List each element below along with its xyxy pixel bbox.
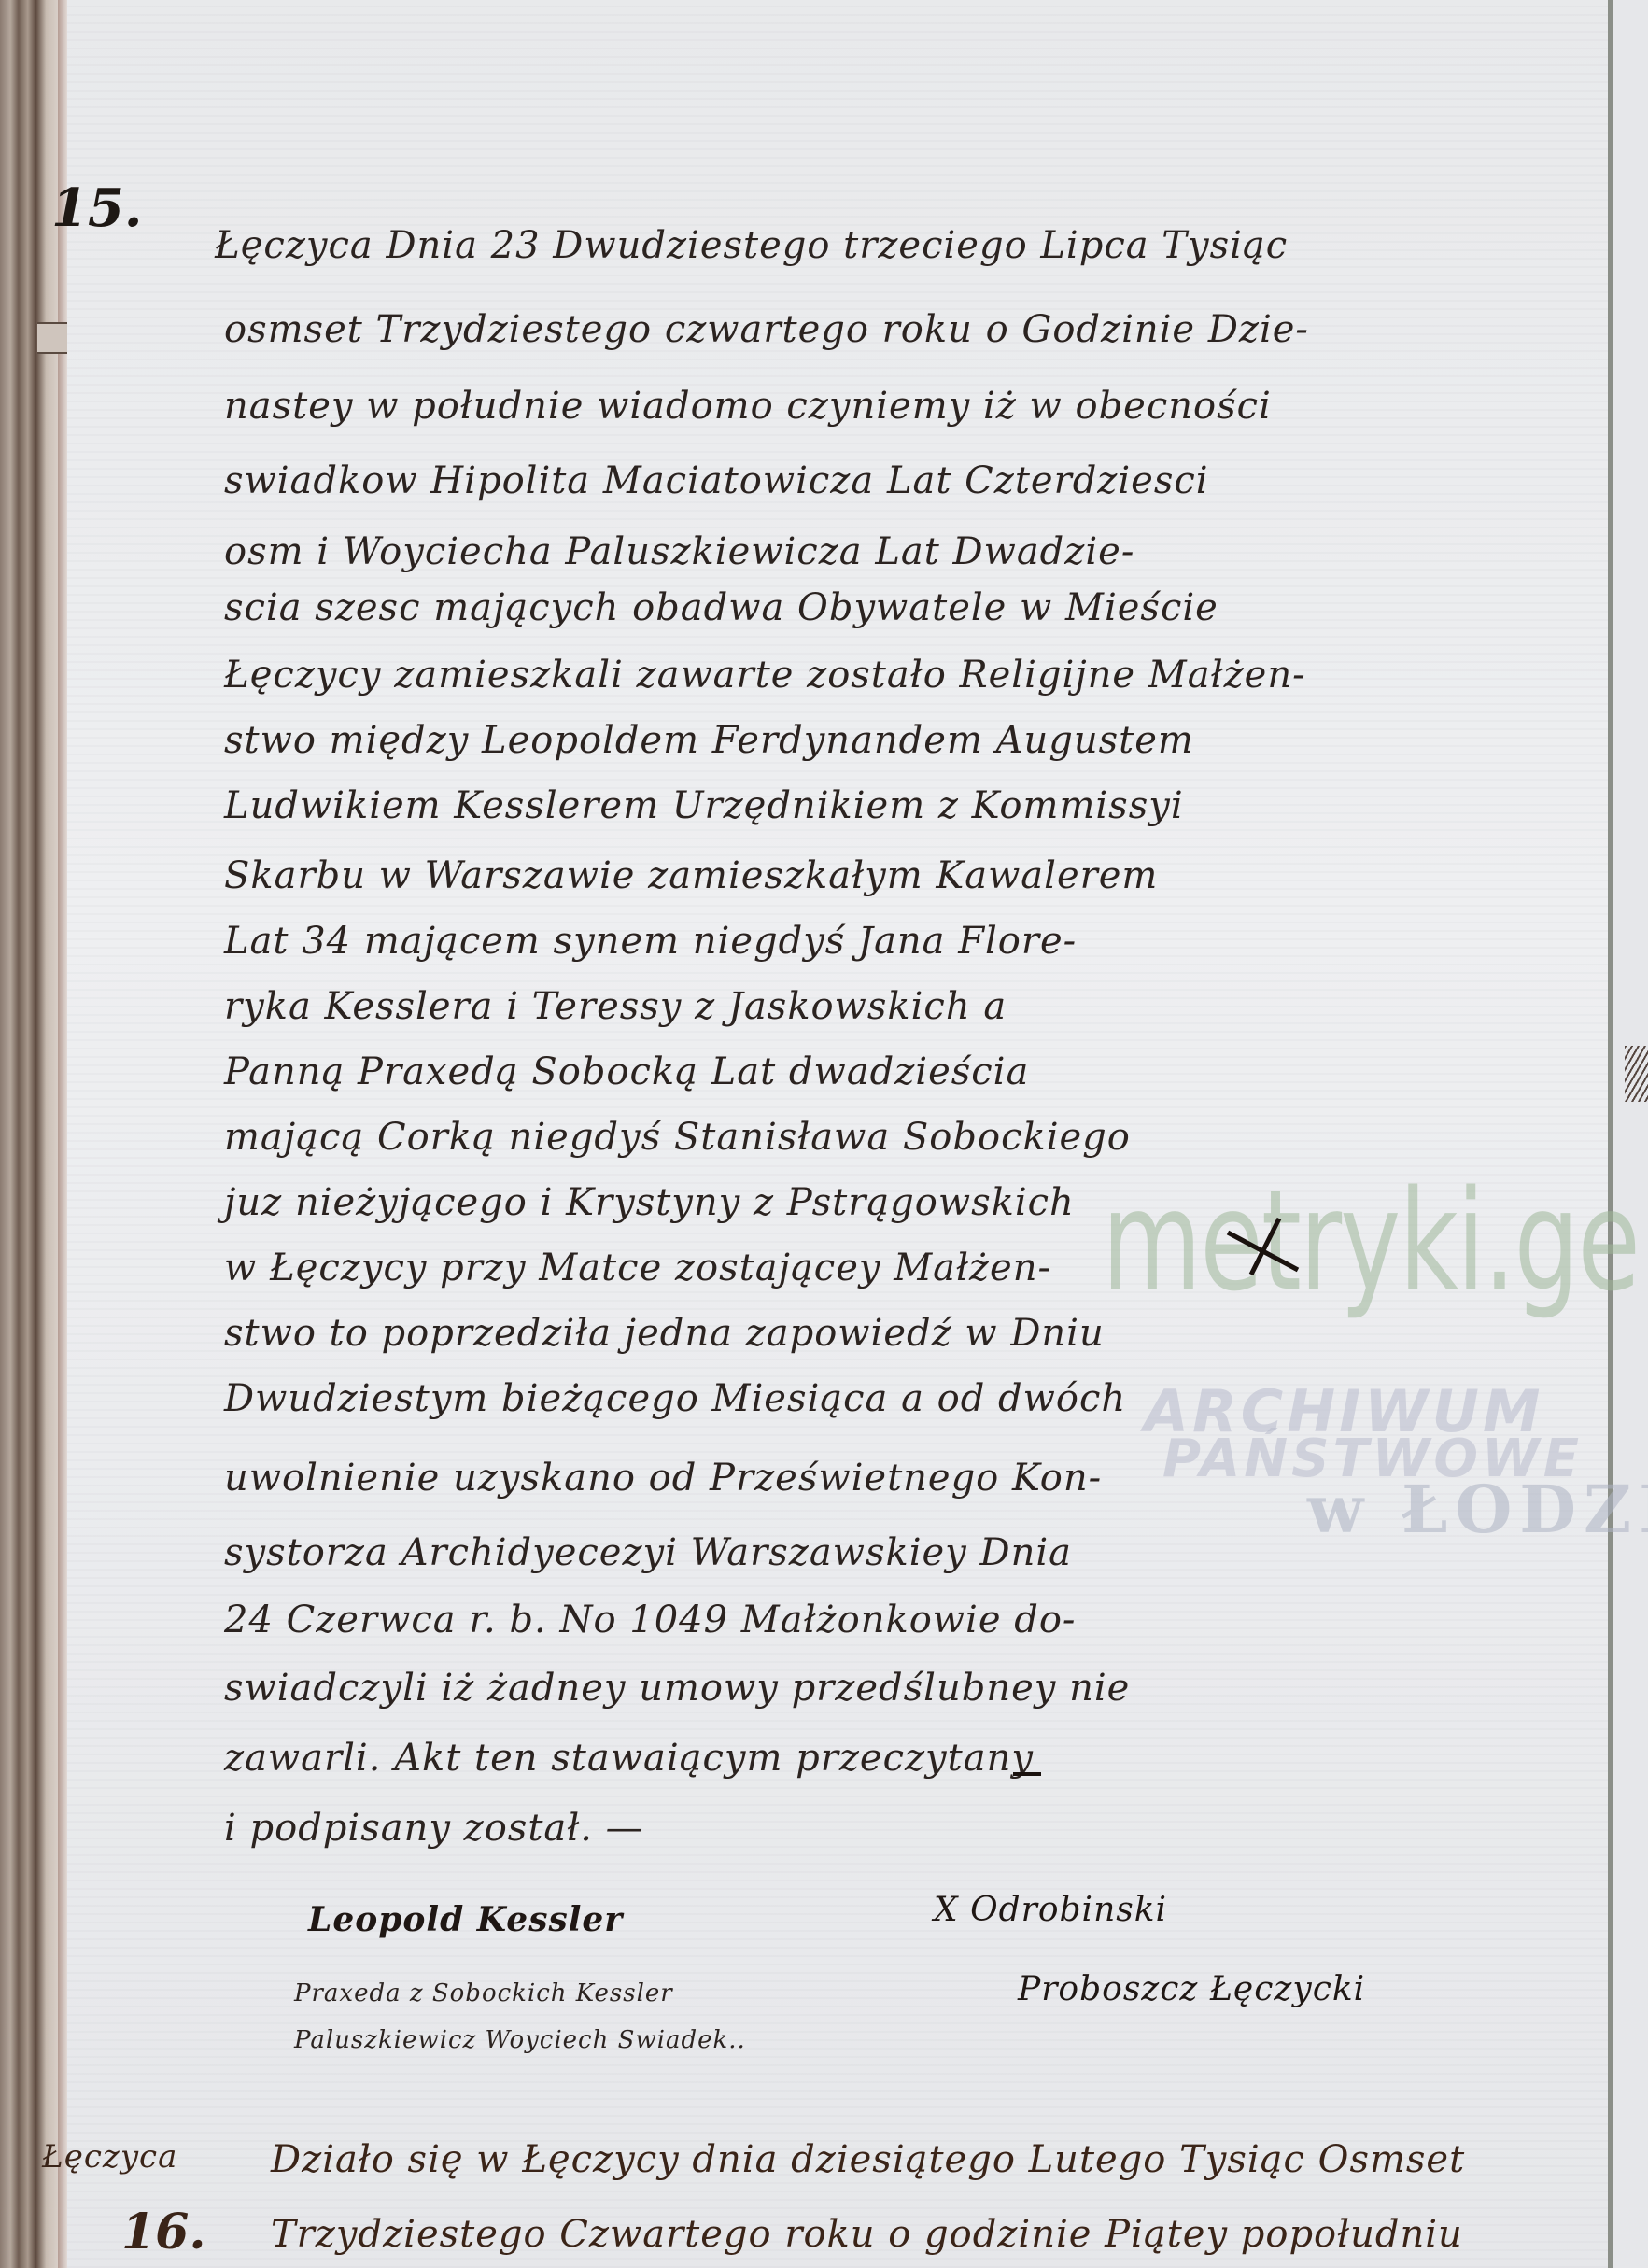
record-line-17: stwo to poprzedziła jedna zapowiedź w Dn… (224, 1312, 1105, 1355)
record-line-15: juz nieżyjącego i Krystyny z Pstrągowski… (224, 1181, 1075, 1224)
record-line-5: osm i Woyciecha Paluszkiewicza Lat Dwadz… (224, 530, 1134, 573)
signature-bride: Praxeda z Sobockich Kessler (294, 1979, 673, 2007)
record-line-8: stwo między Leopoldem Ferdynandem August… (224, 719, 1194, 762)
signature-priest-title: Proboszcz Łęczycki (1018, 1970, 1365, 2008)
entry-number-15: 15. (51, 177, 142, 239)
entry-16-margin-place: Łęczyca (42, 2138, 177, 2176)
record-line-21: 24 Czerwca r. b. No 1049 Małżonkowie do- (224, 1599, 1076, 1641)
entry-16-line-1: Działo się w Łęczycy dnia dziesiątego Lu… (271, 2138, 1465, 2181)
watermark-genealodzy: metryki.genealodzy (1102, 1161, 1648, 1322)
entry-number-16: 16. (121, 2204, 205, 2261)
record-line-22: swiadczyli iż żadney umowy przedślubney … (224, 1667, 1130, 1710)
record-line-14: mającą Corką niegdyś Stanisława Sobockie… (224, 1116, 1131, 1159)
cross-mark-icon (1223, 1214, 1307, 1279)
record-line-20: systorza Archidyecezyi Warszawskiey Dnia (224, 1531, 1072, 1574)
entry-16-line-2: Trzydziestego Czwartego roku o godzinie … (271, 2213, 1463, 2256)
watermark-archive-line3: w ŁODZI (1307, 1471, 1648, 1548)
record-line-16: w Łęczycy przy Matce zostającey Małżen- (224, 1247, 1051, 1289)
record-line-2: osmset Trzydziestego czwartego roku o Go… (224, 308, 1309, 351)
record-line-1: Łęczyca Dnia 23 Dwudziestego trzeciego L… (215, 224, 1288, 267)
record-line-9: Ludwikiem Kesslerem Urzędnikiem z Kommis… (224, 784, 1184, 827)
next-page-ink-mark (1625, 1046, 1648, 1102)
record-line-23: zawarli. Akt ten stawaiącym przeczytany (224, 1737, 1034, 1780)
record-line-10: Skarbu w Warszawie zamieszkałym Kawalere… (224, 854, 1158, 897)
record-line-6: scia szesc mających obadwa Obywatele w M… (224, 586, 1218, 629)
next-page-edge (1613, 0, 1648, 2268)
signature-witness: Paluszkiewicz Woyciech Swiadek.. (294, 2026, 746, 2054)
end-flourish-icon (1008, 1755, 1046, 1793)
record-line-18: Dwudziestym bieżącego Miesiąca a od dwóc… (224, 1377, 1126, 1420)
signature-groom: Leopold Kessler (308, 1900, 623, 1939)
record-line-13: Panną Praxedą Sobocką Lat dwadzieścia (224, 1050, 1029, 1093)
signature-priest-name: X Odrobinski (934, 1891, 1167, 1929)
record-line-19: uwolnienie uzyskano od Prześwietnego Kon… (224, 1457, 1102, 1500)
record-line-4: swiadkow Hipolita Maciatowicza Lat Czter… (224, 459, 1209, 502)
record-line-24: i podpisany został. — (224, 1807, 644, 1850)
record-line-7: Łęczycy zamieszkali zawarte zostało Reli… (224, 654, 1306, 697)
record-line-11: Lat 34 mającem synem niegdyś Jana Flore- (224, 920, 1077, 963)
record-line-3: nastey w południe wiadomo czyniemy iż w … (224, 385, 1272, 428)
record-line-12: ryka Kesslera i Teressy z Jaskowskich a (224, 985, 1007, 1028)
